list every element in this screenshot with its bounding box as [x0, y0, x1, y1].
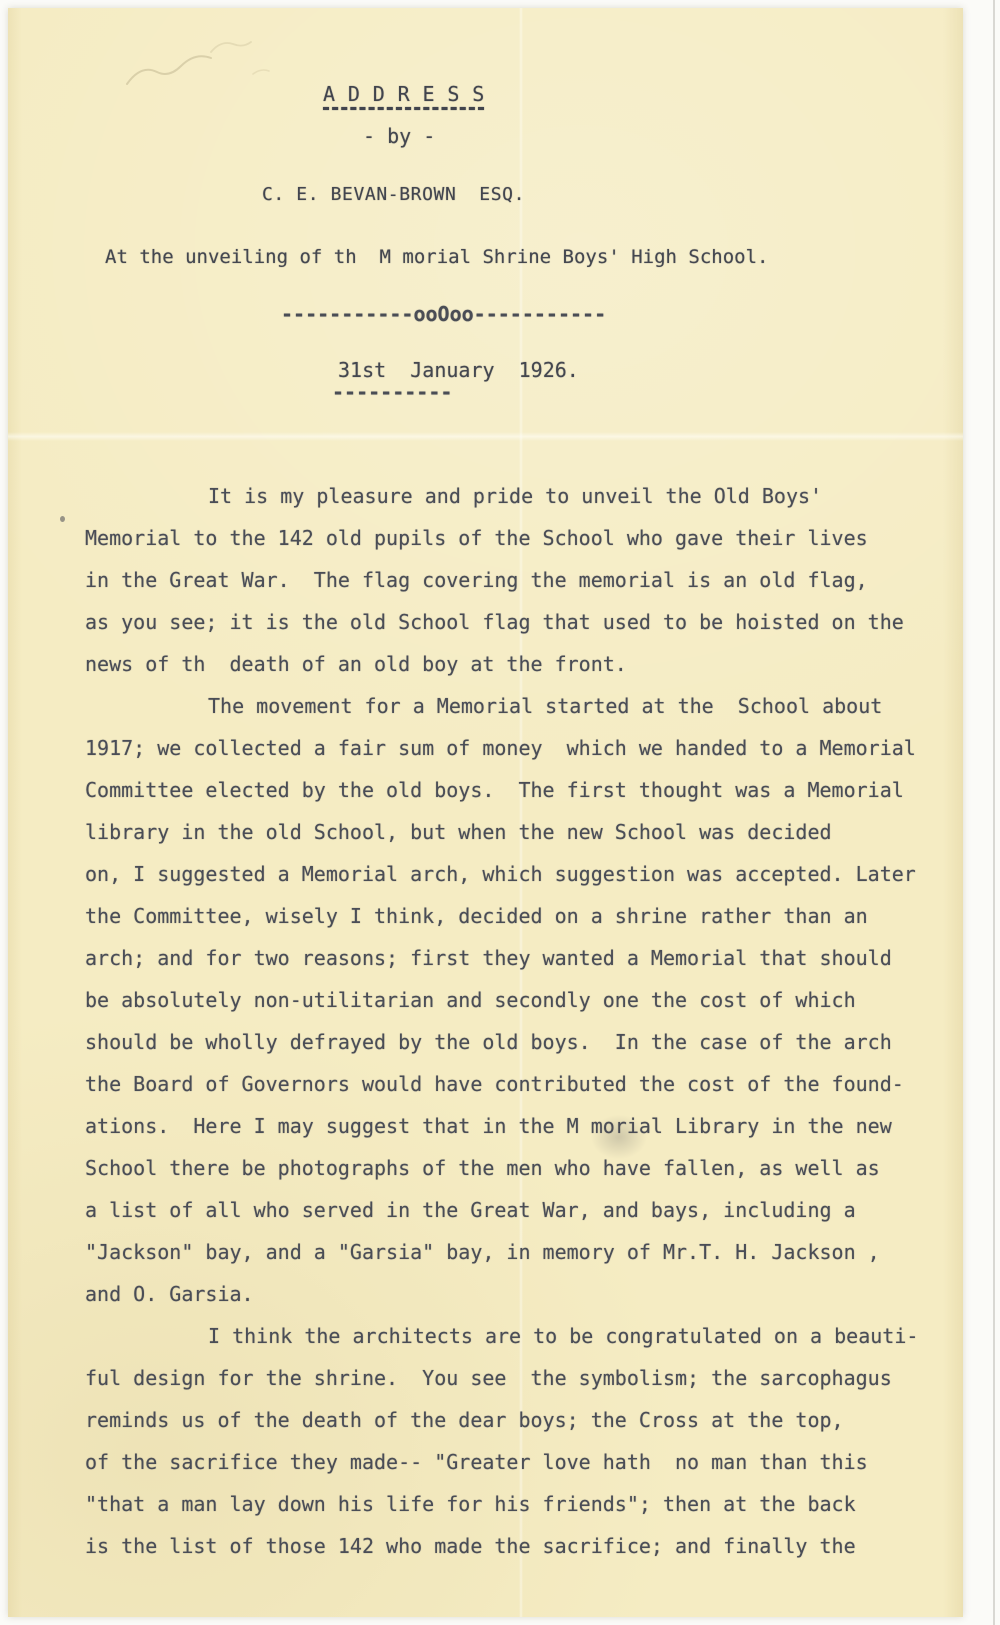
text-line: School there be photographs of the men w…: [85, 1147, 957, 1189]
text-line: in the Great War. The flag covering the …: [85, 559, 957, 601]
document-byline: - by -: [363, 124, 435, 148]
scan-background: { "document": { "title": "A D D R E S S"…: [0, 0, 1000, 1625]
text-line: "Jackson" bay, and a "Garsia" bay, in me…: [85, 1231, 957, 1273]
text-line: and O. Garsia.: [85, 1273, 957, 1315]
text-line: of the sacrifice they made-- "Greater lo…: [85, 1441, 957, 1483]
document-author: C. E. BEVAN-BROWN ESQ.: [262, 184, 525, 205]
text-line: I think the architects are to be congrat…: [85, 1315, 957, 1357]
document-body: It is my pleasure and pride to unveil th…: [85, 475, 957, 1567]
text-line: the Committee, wisely I think, decided o…: [85, 895, 957, 937]
scanner-edge-line: [993, 0, 995, 1625]
document-occasion: At the unveiling of th M morial Shrine B…: [105, 246, 768, 268]
text-line: Committee elected by the old boys. The f…: [85, 769, 957, 811]
ink-smudge: [580, 1106, 658, 1168]
text-line: on, I suggested a Memorial arch, which s…: [85, 853, 957, 895]
date-underline: ----------: [332, 380, 452, 404]
text-line: arch; and for two reasons; first they wa…: [85, 937, 957, 979]
ornament-divider: -----------ooOoo-----------: [281, 302, 606, 326]
text-line: "that a man lay down his life for his fr…: [85, 1483, 957, 1525]
text-line: a list of all who served in the Great Wa…: [85, 1189, 957, 1231]
text-line: is the list of those 142 who made the sa…: [85, 1525, 957, 1567]
document-title: A D D R E S S: [323, 82, 485, 106]
text-line: as you see; it is the old School flag th…: [85, 601, 957, 643]
text-line: ations. Here I may suggest that in the M…: [85, 1105, 957, 1147]
paper-crease-horizontal: [8, 432, 963, 441]
text-line: It is my pleasure and pride to unveil th…: [85, 475, 957, 517]
text-line: library in the old School, but when the …: [85, 811, 957, 853]
text-line: news of th death of an old boy at the fr…: [85, 643, 957, 685]
text-line: be absolutely non-utilitarian and second…: [85, 979, 957, 1021]
text-line: The movement for a Memorial started at t…: [85, 685, 957, 727]
pencil-annotation: [113, 12, 353, 107]
ink-dot: [60, 516, 65, 522]
text-line: should be wholly defrayed by the old boy…: [85, 1021, 957, 1063]
text-line: 1917; we collected a fair sum of money w…: [85, 727, 957, 769]
text-line: ful design for the shrine. You see the s…: [85, 1357, 957, 1399]
text-line: reminds us of the death of the dear boys…: [85, 1399, 957, 1441]
paper-sheet: A D D R E S S - by - C. E. BEVAN-BROWN E…: [8, 8, 963, 1617]
text-line: Memorial to the 142 old pupils of the Sc…: [85, 517, 957, 559]
text-line: the Board of Governors would have contri…: [85, 1063, 957, 1105]
document-date: 31st January 1926.: [338, 358, 579, 382]
